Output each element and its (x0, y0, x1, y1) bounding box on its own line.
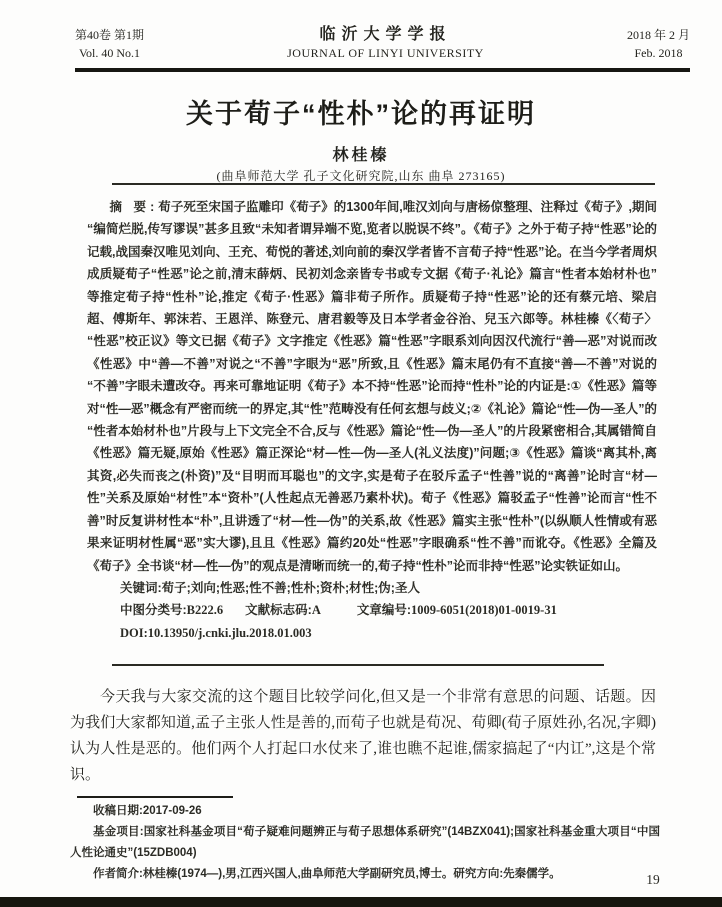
clc-value: B222.6 (187, 603, 223, 617)
front-matter-rule (112, 664, 604, 666)
footnote-funding: 基金项目:国家社科基金项目“荀子疑难问题辨正与荀子思想体系研究”(14BZX04… (70, 822, 660, 864)
keywords-label: 关键词: (120, 581, 162, 595)
abstract-text: 荀子死至宋国子监雕印《荀子》的1300年间,唯汉刘向与唐杨倞整理、注释过《荀子》… (87, 200, 657, 573)
masthead-date: 2018 年 2 月 Feb. 2018 (627, 26, 690, 62)
article-affiliation: (曲阜师范大学 孔子文化研究院,山东 曲阜 273165) (0, 167, 722, 184)
affiliation-rule (112, 183, 655, 185)
keywords-text: 荀子;刘向;性恶;性不善;性朴;资朴;材性;伪;圣人 (162, 581, 420, 595)
keywords-line: 关键词:荀子;刘向;性恶;性不善;性朴;资朴;材性;伪;圣人 (87, 577, 657, 599)
journal-page: 第40卷 第1期 Vol. 40 No.1 临沂大学学报 JOURNAL OF … (0, 0, 722, 907)
doi-line: DOI:10.13950/j.cnki.jlu.2018.01.003 (87, 622, 657, 644)
volume-issue-cn: 第40卷 第1期 (75, 26, 144, 44)
issue-date-en: Feb. 2018 (627, 44, 690, 62)
footnote-rule (77, 796, 233, 798)
masthead-volume: 第40卷 第1期 Vol. 40 No.1 (75, 26, 144, 62)
doc-code-label: 文献标志码: (245, 603, 312, 617)
journal-title-cn: 临沂大学学报 (287, 26, 484, 44)
journal-masthead: 第40卷 第1期 Vol. 40 No.1 临沂大学学报 JOURNAL OF … (75, 26, 690, 62)
clc-label: 中图分类号: (120, 603, 187, 617)
footnotes: 收稿日期:2017-09-26 基金项目:国家社科基金项目“荀子疑难问题辨正与荀… (70, 801, 660, 885)
masthead-rule (75, 68, 690, 72)
article-id-value: 1009-6051(2018)01-0019-31 (411, 603, 557, 617)
issue-date-cn: 2018 年 2 月 (627, 26, 690, 44)
article-title: 关于荀子“性朴”论的再证明 (0, 92, 722, 131)
masthead-title: 临沂大学学报 JOURNAL OF LINYI UNIVERSITY (287, 26, 484, 62)
page-number: 19 (633, 872, 673, 888)
journal-title-en: JOURNAL OF LINYI UNIVERSITY (287, 44, 484, 62)
article-id-label: 文章编号: (357, 603, 411, 617)
article-author: 林桂榛 (0, 142, 722, 165)
abstract-paragraph: 摘 要:荀子死至宋国子监雕印《荀子》的1300年间,唯汉刘向与唐杨倞整理、注释过… (87, 196, 657, 577)
front-matter: 摘 要:荀子死至宋国子监雕印《荀子》的1300年间,唯汉刘向与唐杨倞整理、注释过… (87, 196, 657, 644)
volume-issue-en: Vol. 40 No.1 (75, 44, 144, 62)
scan-edge-bar (0, 897, 722, 907)
body-paragraph: 今天我与大家交流的这个题目比较学问化,但又是一个非常有意思的问题、话题。因为我们… (70, 684, 656, 788)
footnote-received-date: 收稿日期:2017-09-26 (70, 801, 660, 822)
doc-code-value: A (312, 603, 321, 617)
classification-line: 中图分类号:B222.6文献标志码:A文章编号:1009-6051(2018)0… (87, 599, 657, 621)
footnote-author-bio: 作者简介:林桂榛(1974—),男,江西兴国人,曲阜师范大学副研究员,博士。研究… (70, 864, 660, 885)
article-body: 今天我与大家交流的这个题目比较学问化,但又是一个非常有意思的问题、话题。因为我们… (70, 684, 656, 788)
abstract-label: 摘 要: (110, 200, 159, 214)
